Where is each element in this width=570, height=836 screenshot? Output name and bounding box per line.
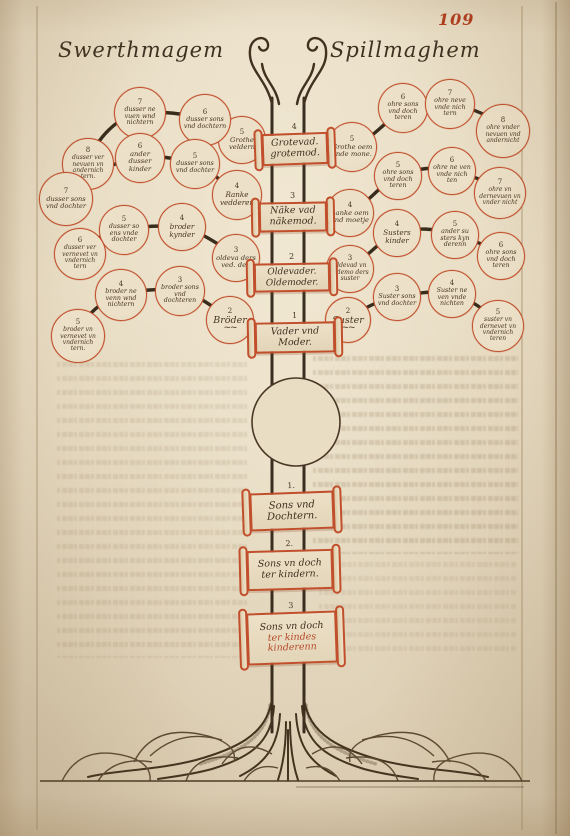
pen-flourish: ~~ — [341, 326, 354, 331]
degree-number: 8 — [501, 117, 505, 124]
degree-number: 7 — [448, 90, 452, 97]
kinship-circle-r4c: 4Suster ne ven vnde nichten — [428, 270, 476, 318]
degree-number: 5 — [122, 216, 126, 223]
degree-number: 3 — [234, 247, 238, 254]
kinship-label: Suster sons vnd dochter — [377, 294, 417, 308]
degree-number: 2. — [285, 540, 293, 549]
banner-line: grotemod. — [270, 148, 320, 160]
degree-number: 8 — [86, 147, 90, 154]
kinship-circle-r1d: 8ohre vnder nevuen vnd andernicht — [476, 104, 530, 158]
scroll-banner-b5: 1.Sons vndDochtern. — [249, 491, 334, 532]
kinship-circle-r2d: 7ohre vn dernevuen vn vnder nicht — [474, 167, 526, 219]
degree-number: 3 — [288, 602, 293, 611]
degree-number: 4 — [235, 183, 239, 190]
kinship-circle-l3b: 4broder kynder — [158, 203, 206, 251]
kinship-label: ohre sons vnd doch teren — [378, 170, 418, 190]
kinship-label: broder sons vnd dochteren — [159, 285, 201, 305]
kinship-label: dusser sons vnd dochter — [43, 196, 89, 210]
kinship-label: suster vn dernevet vn vndernich teren — [476, 317, 520, 343]
scroll-banner-b1: 4Grotevad.grotemod. — [261, 132, 328, 166]
degree-number: 5 — [396, 162, 400, 169]
degree-number: 7 — [64, 188, 68, 195]
kinship-circle-r3c: 5ander su sters kyn derenn — [431, 211, 479, 259]
kinship-circle-r3d: 6ohre sons vnd doch teren — [477, 232, 525, 280]
kinship-label: Suster ne ven vnde nichten — [432, 288, 472, 308]
kinship-circle-r4d: 5suster vn dernevet vn vndernich teren — [472, 300, 524, 352]
kinship-circle-l2d: 7dusser sons vnd dochter — [39, 172, 93, 226]
degree-number: 5 — [240, 129, 244, 136]
kinship-label: ohre sons vnd doch teren — [382, 102, 424, 122]
degree-number: 5 — [453, 221, 457, 228]
pen-flourish: ~~ — [223, 326, 236, 331]
kinship-label: dusser ver vernevet vn vndernich tern — [58, 245, 102, 271]
kinship-label: ohre ne ven vnde nich ten — [432, 165, 472, 185]
degree-number: 5 — [76, 319, 80, 326]
kinship-label: broder ne venn wnd nichtern — [99, 289, 143, 309]
banner-line: ter kindern. — [261, 569, 319, 581]
kinship-label: dusser ne vuen wnd nichtern — [118, 107, 162, 127]
kinship-label: dusser sons vnd dochtern — [183, 117, 227, 131]
degree-number: 4 — [119, 281, 123, 288]
kinship-label: Grothe oem vnde mone. — [331, 144, 373, 159]
scroll-banner-b7: 3Sons vn dochter kindeskinderenn — [246, 610, 338, 665]
kinship-label: Susters kinder — [377, 229, 417, 245]
heading-spillmagen: Spillmaghem — [330, 38, 480, 62]
scroll-banner-b2: 3Näke vadnäkemod. — [259, 201, 328, 232]
degree-number: 6 — [203, 109, 207, 116]
banner-line: Moder. — [278, 337, 312, 348]
degree-number: 6 — [138, 143, 142, 150]
banner-line: näkemod. — [270, 217, 317, 228]
degree-number: 2 — [228, 308, 232, 315]
scroll-banner-b6: 2.Sons vn dochter kindern. — [246, 549, 333, 591]
kinship-circle-l1b: 6dusser sons vnd dochtern — [179, 94, 231, 146]
kinship-label: broder kynder — [162, 223, 202, 239]
kinship-circle-l4b: 3broder sons vnd dochteren — [155, 266, 205, 316]
degree-number: 4 — [292, 123, 297, 132]
degree-number: 4 — [180, 215, 184, 222]
degree-number: 3 — [348, 255, 352, 262]
degree-number: 3 — [290, 192, 295, 201]
degree-number: 7 — [138, 99, 142, 106]
kinship-label: ohre neve vnde nich tern — [429, 98, 471, 118]
kinship-circle-r4b: 3Suster sons vnd dochter — [373, 273, 421, 321]
degree-number: 6 — [450, 157, 454, 164]
kinship-label: dusser so ens vnde dochter — [103, 224, 145, 244]
kinship-label: ander su sters kyn derenn — [435, 229, 475, 249]
degree-number: 6 — [401, 94, 405, 101]
kinship-circle-l2c: 6ander dusser kinder — [115, 133, 165, 183]
kinship-circle-l3c: 5dusser so ens vnde dochter — [99, 205, 149, 255]
kinship-label: ohre sons vnd doch teren — [481, 250, 521, 270]
kinship-label: broder vn vernevet vn vndernich tern. — [55, 327, 101, 353]
degree-number: 1 — [292, 311, 297, 320]
banner-line: Oldevader. — [267, 266, 316, 277]
degree-number: 2 — [289, 252, 294, 261]
heading-swertmagen: Swerthmagem — [58, 38, 222, 62]
kinship-circle-r1b: 6ohre sons vnd doch teren — [378, 83, 428, 133]
degree-number: 2 — [346, 308, 350, 315]
degree-number: 4 — [348, 202, 352, 209]
kinship-circle-r2b: 5ohre sons vnd doch teren — [374, 152, 422, 200]
degree-number: 4 — [450, 280, 454, 287]
degree-number: 5 — [496, 309, 500, 316]
kinship-circle-r1c: 7ohre neve vnde nich tern — [425, 79, 475, 129]
manuscript-page: Swerthmagem Spillmaghem 109 5Grothe veld… — [0, 0, 570, 836]
degree-number: 3 — [395, 286, 399, 293]
degree-number: 1. — [287, 482, 295, 491]
kinship-label: nanke oem vnd moetje — [330, 210, 370, 225]
degree-number: 6 — [78, 237, 82, 244]
kinship-circle-l3d: 6dusser ver vernevet vn vndernich tern — [54, 228, 106, 280]
degree-number: 5 — [350, 136, 354, 143]
degree-number: 7 — [498, 179, 502, 186]
degree-number: 4 — [395, 221, 399, 228]
kinship-circle-l2b: 5dusser sons vnd dochter — [170, 139, 220, 189]
tree-top-curls — [250, 38, 326, 104]
kinship-circle-r3b: 4Susters kinder — [373, 209, 421, 257]
kinship-circle-l4d: 5broder vn vernevet vn vndernich tern. — [51, 309, 105, 363]
kinship-circle-l4c: 4broder ne venn wnd nichtern — [95, 269, 147, 321]
kinship-circle-r2c: 6ohre ne ven vnde nich ten — [428, 147, 476, 195]
degree-number: 6 — [499, 242, 503, 249]
scroll-banner-b4: 1Vader vndModer. — [255, 321, 336, 353]
kinship-label: ander dusser kinder — [119, 151, 161, 173]
banner-line: Dochtern. — [267, 510, 318, 523]
folio-number: 109 — [438, 10, 474, 29]
scroll-banner-b3: 2Oldevader.Oldemoder. — [254, 262, 330, 292]
kinship-label: ohre vnder nevuen vnd andernicht — [480, 125, 526, 144]
kinship-label: dusser sons vnd dochter — [174, 161, 216, 175]
degree-number: 3 — [178, 277, 182, 284]
banner-line: Oldemoder. — [266, 277, 319, 288]
degree-number: 5 — [193, 153, 197, 160]
banner-line: kinderenn — [268, 642, 317, 654]
kinship-label: ohre vn dernevuen vn vnder nicht — [478, 187, 522, 206]
empty-medallion — [252, 378, 340, 466]
kinship-circle-l1c: 7dusser ne vuen wnd nichtern — [114, 87, 166, 139]
